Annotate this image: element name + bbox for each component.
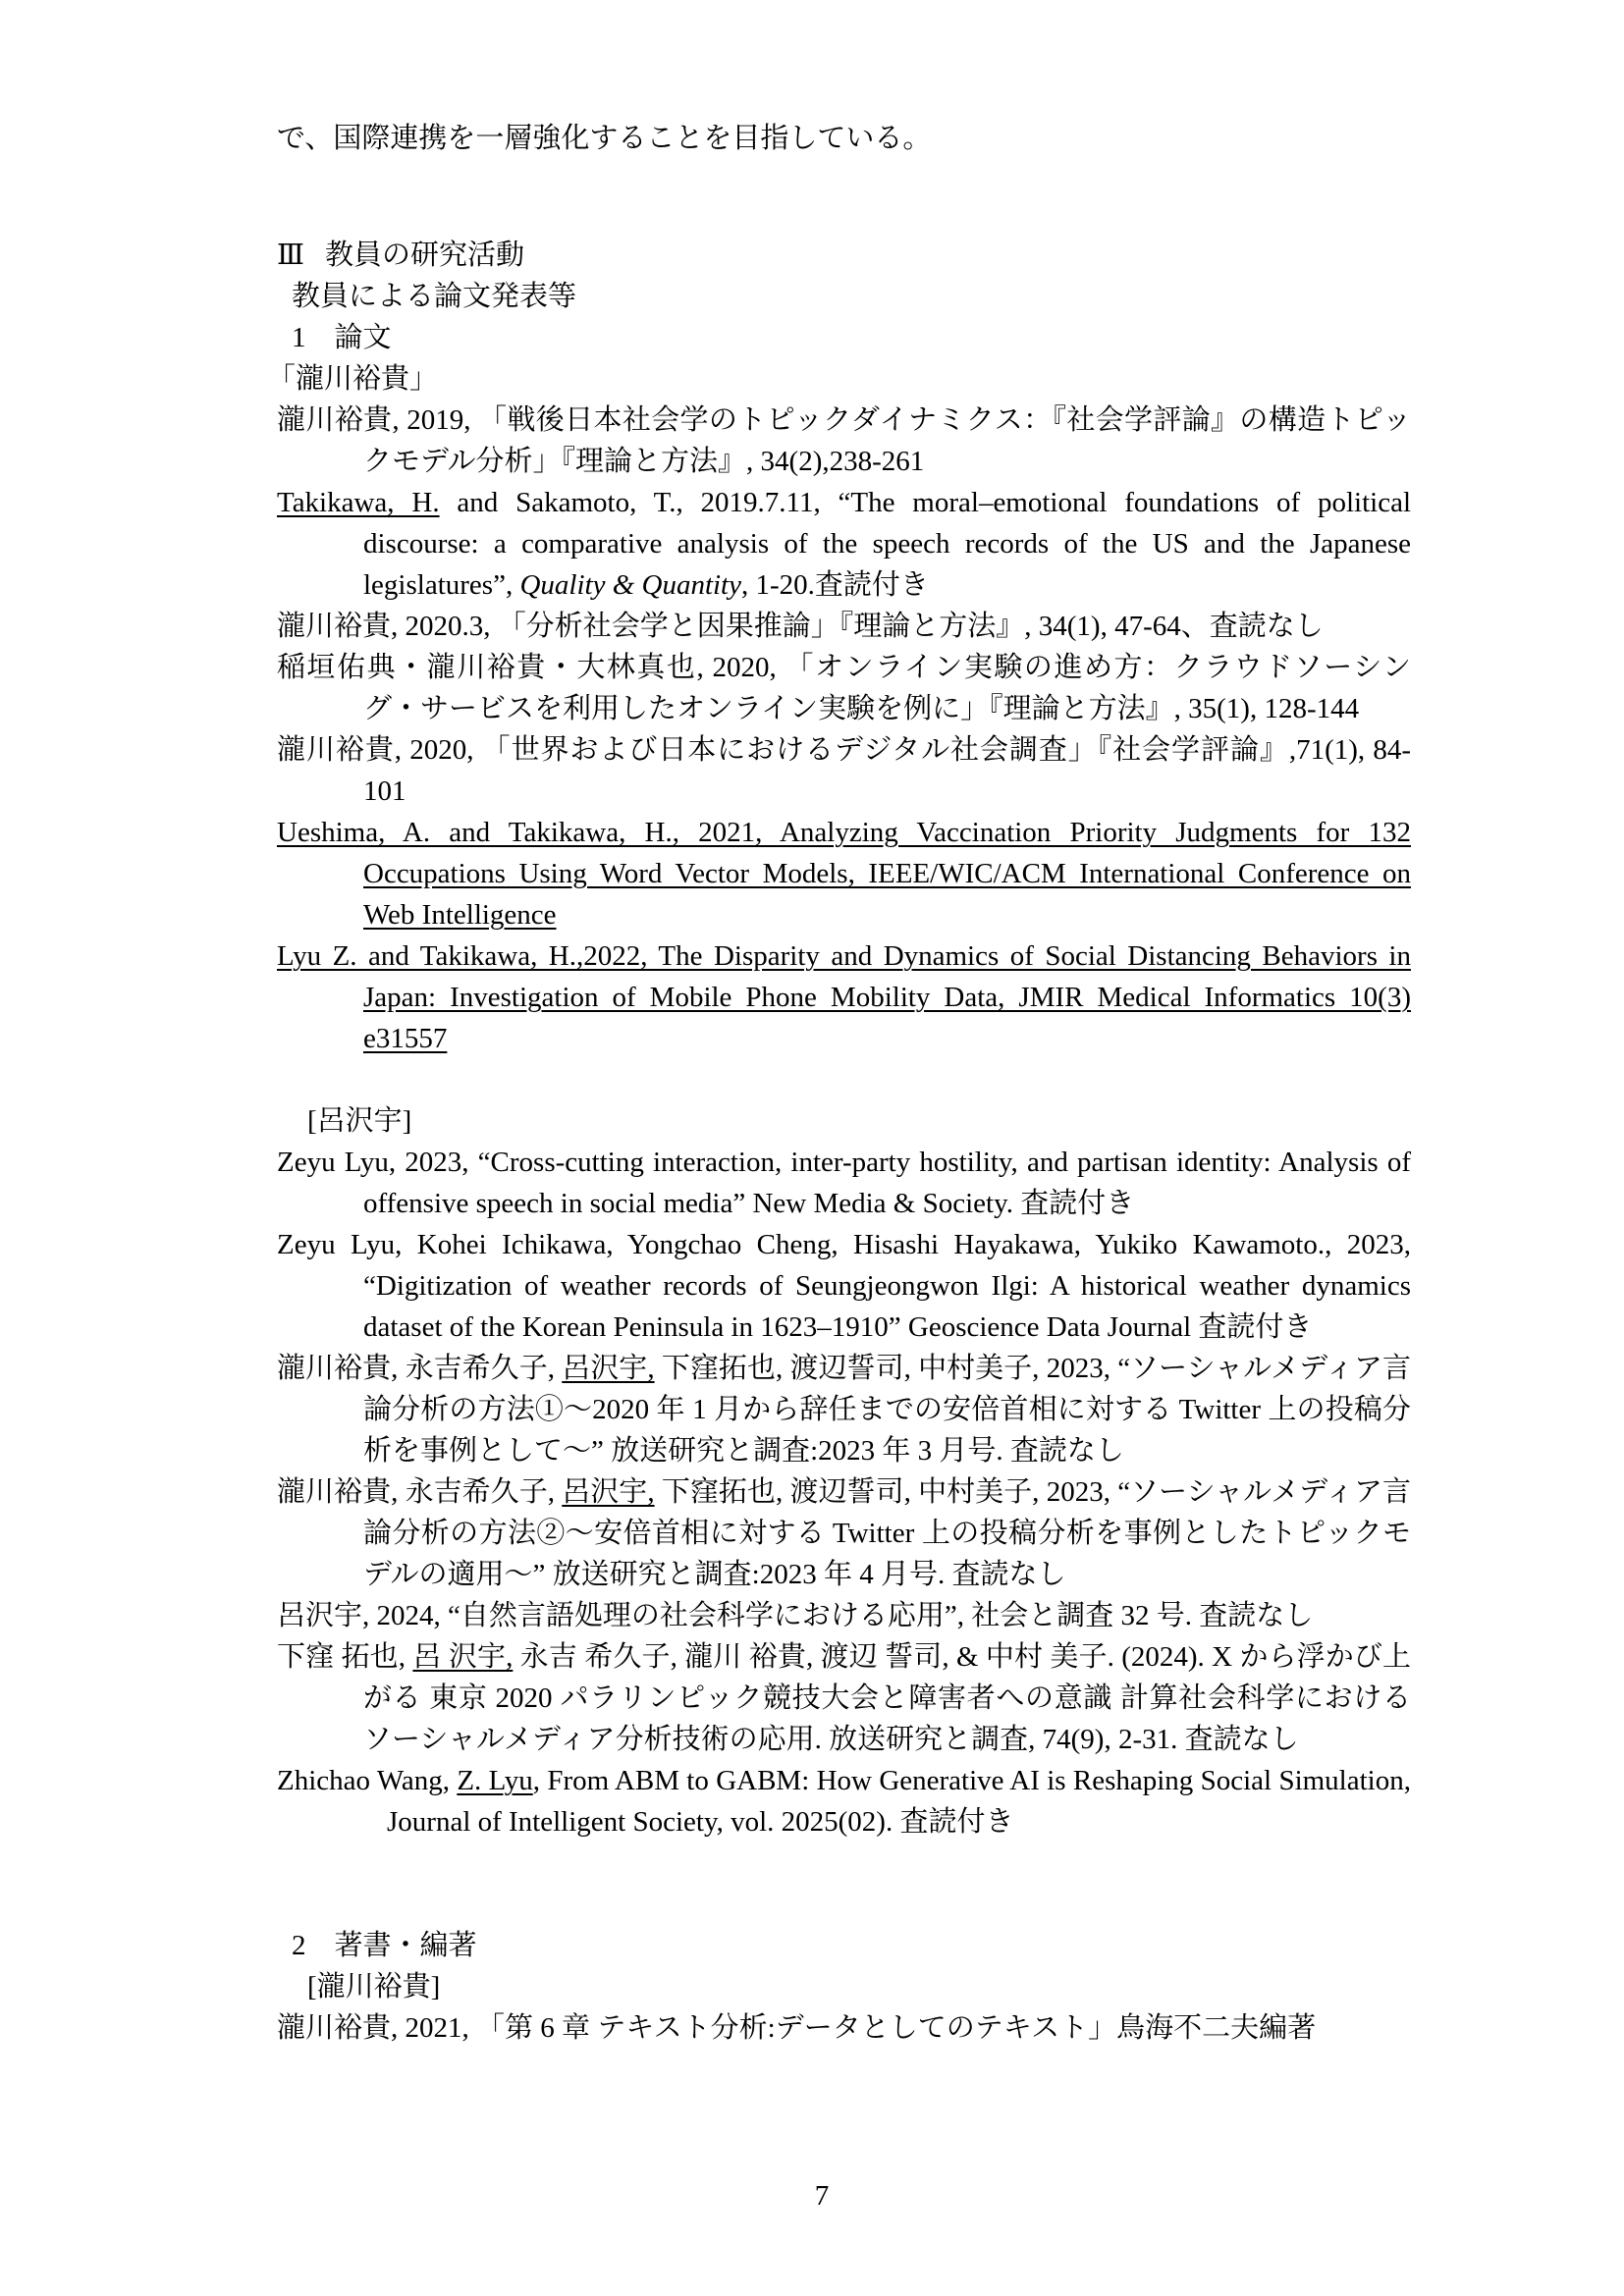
section-heading: Ⅲ教員の研究活動 bbox=[277, 235, 1411, 276]
subsection-books-label: 2 著書・編著 bbox=[292, 1930, 477, 1961]
page-number-text: 7 bbox=[815, 2180, 830, 2212]
publication-entry: 瀧川裕貴, 2020, 「世界および日本におけるデジタル社会調査」『社会学評論』… bbox=[277, 729, 1411, 812]
section-numeral: Ⅲ bbox=[277, 235, 325, 276]
subsection-papers-label: 1 論文 bbox=[292, 322, 392, 353]
publication-entry: 瀧川裕貴, 2021, 「第 6 章 テキスト分析:データとしてのテキスト」鳥海… bbox=[277, 2007, 1411, 2049]
publication-entry: Zeyu Lyu, 2023, “Cross-cutting interacti… bbox=[277, 1142, 1411, 1224]
publication-entry: 瀧川裕貴, 2019, 「戦後日本社会学のトピックダイナミクス：『社会学評論』の… bbox=[277, 400, 1411, 482]
entry-segment-journal: Quality & Quantity bbox=[519, 569, 741, 601]
publication-entry: Ueshima, A. and Takikawa, H., 2021, Anal… bbox=[277, 812, 1411, 935]
author-header-text: [瀧川裕貴] bbox=[307, 1971, 440, 2002]
publication-entry: 稲垣佑典・瀧川裕貴・大林真也, 2020, 「オンライン実験の進め方：クラウドソ… bbox=[277, 647, 1411, 729]
entry-segment: 呂沢宇, 2024, “自然言語処理の社会科学における応用”, 社会と調査 32… bbox=[277, 1600, 1313, 1631]
intro-paragraph: で、国際連携を一層強化することを目指している。 bbox=[277, 118, 1411, 159]
entry-segment: 下窪 拓也, bbox=[277, 1641, 412, 1673]
publication-entry: 瀧川裕貴, 永吉希久子, 呂沢宇, 下窪拓也, 渡辺誓司, 中村美子, 2023… bbox=[277, 1471, 1411, 1595]
entry-segment-underlined: Lyu Z. and Takikawa, H.,2022, The Dispar… bbox=[277, 940, 1411, 1054]
entry-segment: 瀧川裕貴, 2020, 「世界および日本におけるデジタル社会調査」『社会学評論』… bbox=[277, 734, 1411, 807]
intro-text: で、国際連携を一層強化することを目指している。 bbox=[277, 123, 931, 154]
section-subtitle-text: 教員による論文発表等 bbox=[292, 281, 576, 312]
entry-segment: 瀧川裕貴, 2020.3, 「分析社会学と因果推論」『理論と方法』, 34(1)… bbox=[277, 611, 1324, 642]
entry-segment-underlined: Z. Lyu bbox=[457, 1765, 532, 1796]
entry-segment-underlined: 呂沢宇, bbox=[562, 1476, 654, 1508]
publication-entry: 呂沢宇, 2024, “自然言語処理の社会科学における応用”, 社会と調査 32… bbox=[277, 1595, 1411, 1636]
section-subtitle: 教員による論文発表等 bbox=[292, 276, 1411, 317]
publication-entry: Zeyu Lyu, Kohei Ichikawa, Yongchao Cheng… bbox=[277, 1224, 1411, 1348]
author-header-lyu: [呂沢宇] bbox=[307, 1100, 1411, 1142]
author-header-text: 「瀧川裕貴」 bbox=[267, 363, 438, 395]
entry-segment: , From ABM to GABM: How Generative AI is… bbox=[387, 1765, 1411, 1838]
publication-entry: 下窪 拓也, 呂 沢宇, 永吉 希久子, 瀧川 裕貴, 渡辺 誓司, & 中村 … bbox=[277, 1636, 1411, 1760]
page-content: で、国際連携を一層強化することを目指している。 Ⅲ教員の研究活動 教員による論文… bbox=[0, 0, 1624, 2049]
subsection-books: 2 著書・編著 bbox=[292, 1925, 1411, 1966]
entry-segment: 瀧川裕貴, 永吉希久子, bbox=[277, 1353, 562, 1384]
page-number: 7 bbox=[277, 2175, 1367, 2216]
author-header-takikawa: 「瀧川裕貴」 bbox=[267, 358, 1411, 400]
entry-segment-underlined: 呂沢宇, bbox=[562, 1353, 654, 1384]
publication-entry: Takikawa, H. and Sakamoto, T., 2019.7.11… bbox=[277, 482, 1411, 606]
entry-segment: 稲垣佑典・瀧川裕貴・大林真也, 2020, 「オンライン実験の進め方：クラウドソ… bbox=[277, 652, 1411, 724]
subsection-papers: 1 論文 bbox=[292, 317, 1411, 358]
publication-entry: 瀧川裕貴, 2020.3, 「分析社会学と因果推論」『理論と方法』, 34(1)… bbox=[277, 606, 1411, 647]
publication-entry: 瀧川裕貴, 永吉希久子, 呂沢宇, 下窪拓也, 渡辺誓司, 中村美子, 2023… bbox=[277, 1348, 1411, 1471]
entry-segment: Zhichao Wang, bbox=[277, 1765, 457, 1796]
entry-segment: Zeyu Lyu, 2023, “Cross-cutting interacti… bbox=[277, 1147, 1411, 1219]
entry-segment-underlined: 呂 沢宇, bbox=[412, 1641, 513, 1673]
entry-segment-underlined: Takikawa, H. bbox=[277, 487, 440, 518]
document-page: で、国際連携を一層強化することを目指している。 Ⅲ教員の研究活動 教員による論文… bbox=[0, 0, 1624, 2296]
publication-entry: Lyu Z. and Takikawa, H.,2022, The Dispar… bbox=[277, 935, 1411, 1059]
entry-segment: Zeyu Lyu, Kohei Ichikawa, Yongchao Cheng… bbox=[277, 1229, 1411, 1343]
entry-segment: 永吉 希久子, 瀧川 裕貴, 渡辺 誓司, & 中村 美子. (2024). X… bbox=[363, 1641, 1411, 1755]
entry-segment-underlined: Ueshima, A. and Takikawa, H., 2021, Anal… bbox=[277, 817, 1411, 931]
author-header-takikawa-books: [瀧川裕貴] bbox=[307, 1966, 1411, 2007]
entry-segment: , 1-20.査読付き bbox=[741, 569, 929, 601]
publication-entry: Zhichao Wang, Z. Lyu, From ABM to GABM: … bbox=[277, 1760, 1411, 1842]
entry-segment: 瀧川裕貴, 永吉希久子, bbox=[277, 1476, 562, 1508]
entry-segment: 瀧川裕貴, 2021, 「第 6 章 テキスト分析:データとしてのテキスト」鳥海… bbox=[277, 2012, 1316, 2044]
entry-segment: 瀧川裕貴, 2019, 「戦後日本社会学のトピックダイナミクス：『社会学評論』の… bbox=[277, 404, 1411, 477]
section-title: 教員の研究活動 bbox=[325, 240, 524, 271]
author-header-text: [呂沢宇] bbox=[307, 1105, 411, 1137]
